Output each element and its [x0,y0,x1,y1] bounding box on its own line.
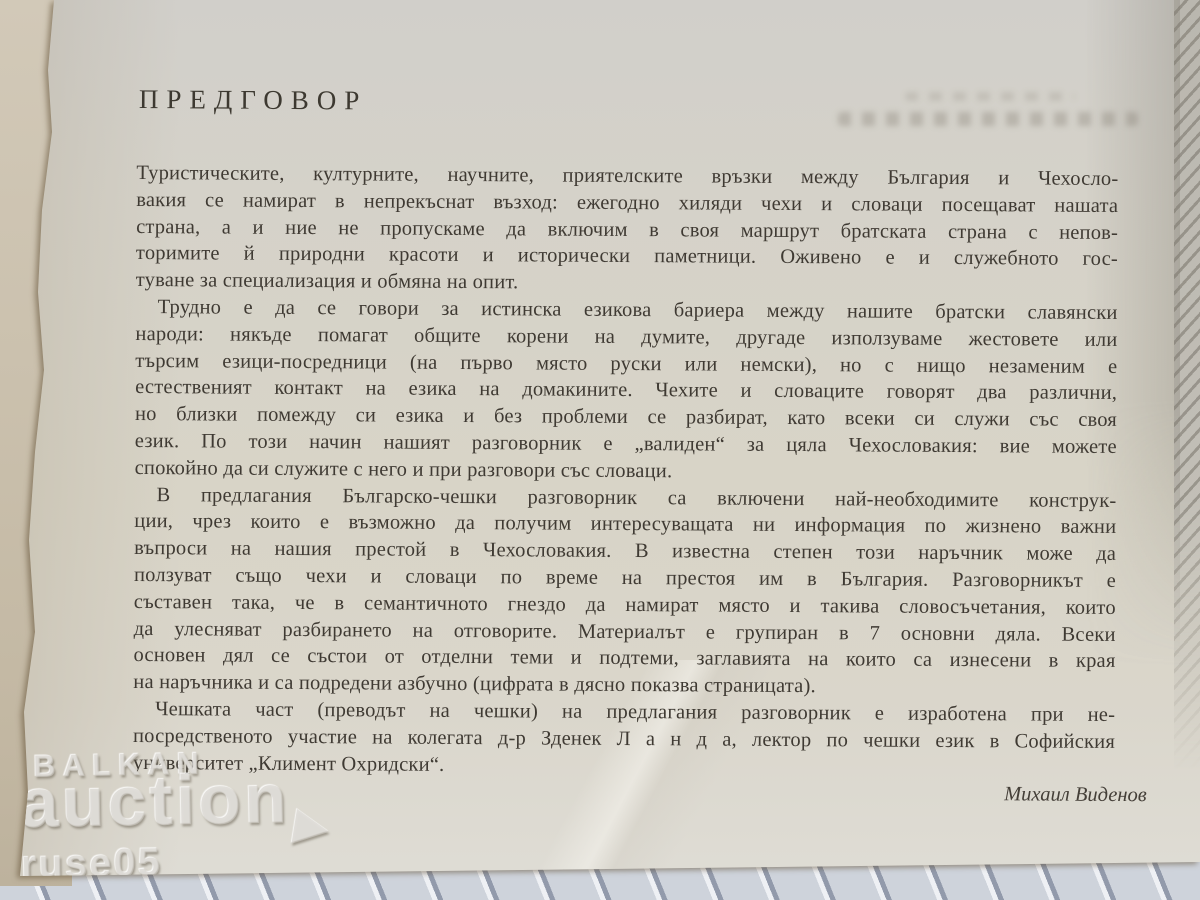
watermark-brand-main: auction [19,758,290,843]
book-page: ПРЕДГОВОР Туристическите, културните, на… [0,0,1200,900]
watermark-username: ruse05 [21,841,163,888]
book-page-photo: ПРЕДГОВОР Туристическите, културните, на… [0,0,1200,900]
page-wrap: ПРЕДГОВОР Туристическите, културните, на… [0,0,1200,900]
play-triangle-icon: ▶ [291,796,334,855]
watermark: BALKAN auction ▶ ruse05 [0,0,408,900]
